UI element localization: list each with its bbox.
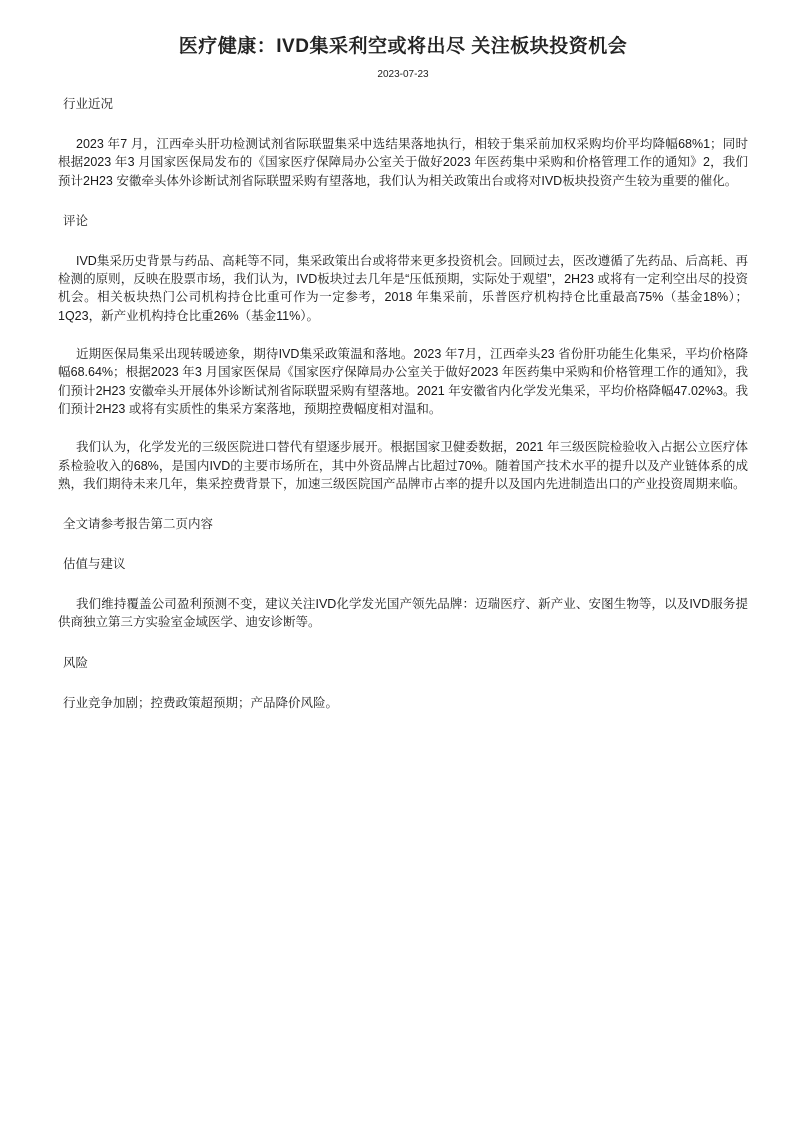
paragraph: IVD集采历史背景与药品、高耗等不同，集采政策出台或将带来更多投资机会。回顾过去… [58,252,748,325]
section-heading: 全文请参考报告第二页内容 [58,515,748,533]
section-heading: 估值与建议 [58,555,748,573]
section-heading: 行业近况 [58,95,748,113]
section-risks: 风险 行业竞争加剧；控费政策超预期；产品降价风险。 [58,654,748,712]
section-heading: 评论 [58,212,748,230]
section-heading: 风险 [58,654,748,672]
section-industry-status: 行业近况 2023 年7 月，江西牵头肝功检测试剂省际联盟集采中选结果落地执行，… [58,95,748,190]
document-title: 医疗健康：IVD集采利空或将出尽 关注板块投资机会 [58,34,748,60]
paragraph: 近期医保局集采出现转暖迹象，期待IVD集采政策温和落地。2023 年7月，江西牵… [58,345,748,418]
document-date: 2023-07-23 [58,69,748,81]
section-full-text-note: 全文请参考报告第二页内容 [58,515,748,533]
paragraph: 我们认为，化学发光的三级医院进口替代有望逐步展开。根据国家卫健委数据，2021 … [58,438,748,493]
paragraph: 我们维持覆盖公司盈利预测不变，建议关注IVD化学发光国产领先品牌：迈瑞医疗、新产… [58,595,748,632]
document-page: 医疗健康：IVD集采利空或将出尽 关注板块投资机会 2023-07-23 行业近… [58,34,748,712]
risk-text: 行业竞争加剧；控费政策超预期；产品降价风险。 [58,694,748,712]
section-valuation: 估值与建议 我们维持覆盖公司盈利预测不变，建议关注IVD化学发光国产领先品牌：迈… [58,555,748,632]
section-commentary: 评论 IVD集采历史背景与药品、高耗等不同，集采政策出台或将带来更多投资机会。回… [58,212,748,493]
paragraph: 2023 年7 月，江西牵头肝功检测试剂省际联盟集采中选结果落地执行，相较于集采… [58,135,748,190]
